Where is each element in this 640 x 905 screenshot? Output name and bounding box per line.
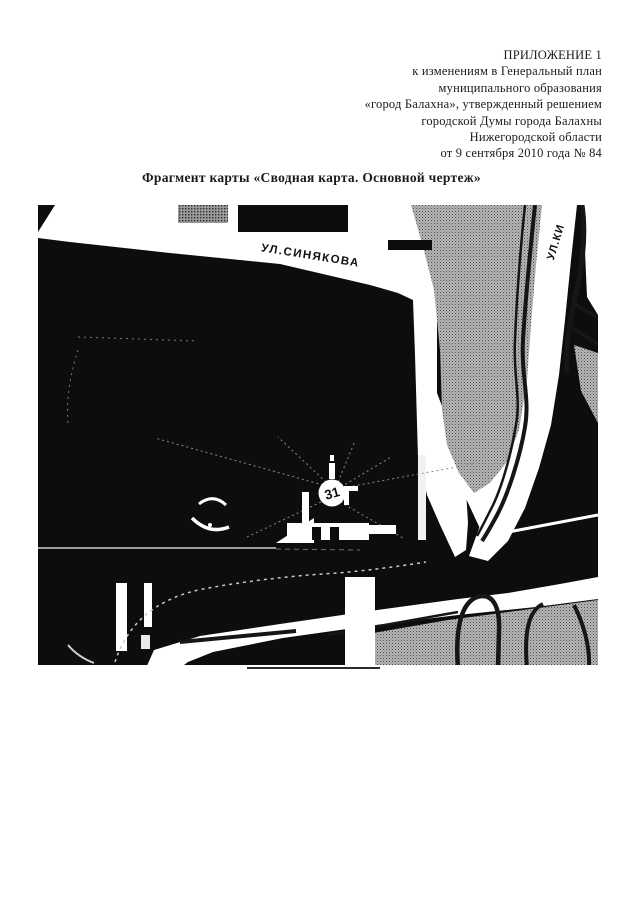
appendix-header-line: Нижегородской области [365,129,602,145]
separator-line [247,667,380,669]
appendix-header-line: к изменениям в Генеральный план [365,63,602,79]
appendix-header-line: «город Балахна», утвержденный решением [365,96,602,112]
appendix-header-line: от 9 сентября 2010 года № 84 [365,145,602,161]
appendix-header-line: ПРИЛОЖЕНИЕ 1 [365,47,602,63]
appendix-header: ПРИЛОЖЕНИЕ 1 к изменениям в Генеральный … [365,47,602,162]
map-caption: Фрагмент карты «Сводная карта. Основной … [142,170,481,186]
map-image: 31 УЛ.СИНЯКОВА УЛ.КИ [38,205,598,665]
appendix-header-line: городской Думы города Балахны [365,113,602,129]
map-figure: 31 УЛ.СИНЯКОВА УЛ.КИ [38,205,598,665]
document-page: ПРИЛОЖЕНИЕ 1 к изменениям в Генеральный … [0,0,640,905]
area-top-block [178,205,228,223]
appendix-header-line: муниципального образования [365,80,602,96]
